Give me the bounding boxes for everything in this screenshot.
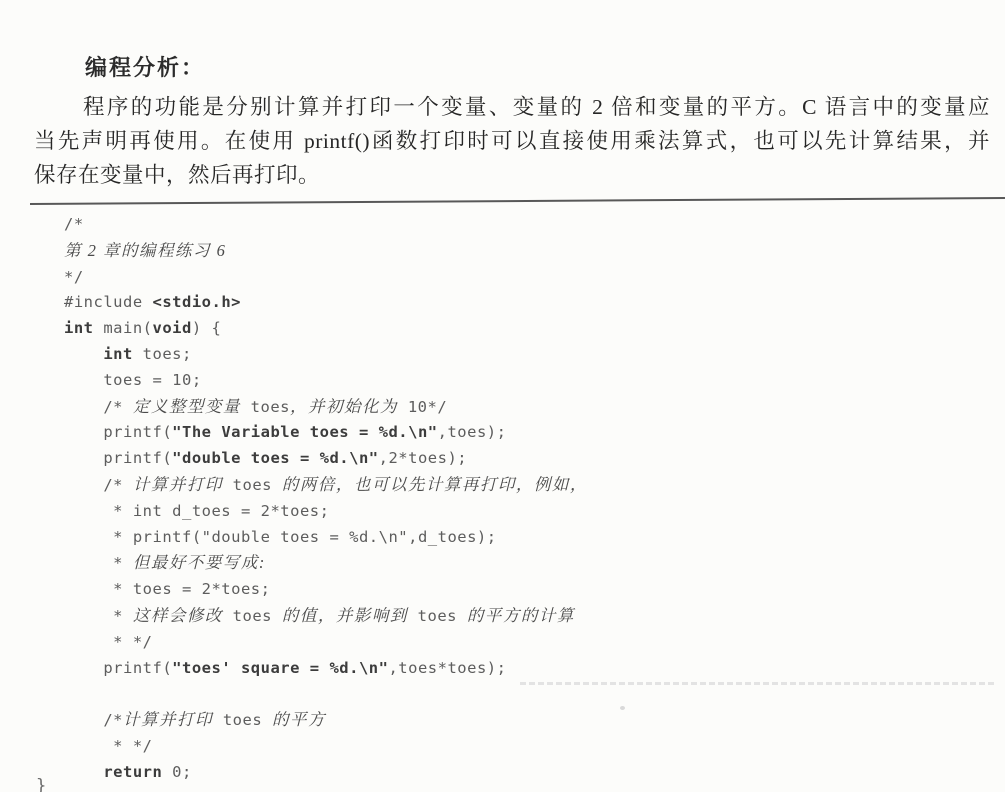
paragraph-line: 程序的功能是分别计算并打印一个变量、变量的 2 倍和变量的平方。C 语言中的变量… xyxy=(34,90,990,124)
code-line: return 0; xyxy=(64,760,588,786)
code-line: /* 定义整型变量 toes，并初始化为 10*/ xyxy=(64,394,588,421)
code-line: /*计算并打印 toes 的平方 xyxy=(64,707,588,734)
closing-brace: } xyxy=(36,776,46,792)
code-line: * printf("double toes = %d.\n",d_toes); xyxy=(64,525,588,551)
code-block: /*第 2 章的编程练习 6*/#include <stdio.h>int ma… xyxy=(64,212,588,786)
code-line: printf("The Variable toes = %d.\n",toes)… xyxy=(64,420,588,446)
code-line: * */ xyxy=(64,630,588,656)
code-line: * 但最好不要写成: xyxy=(64,550,588,577)
section-heading: 编程分析： xyxy=(85,51,205,82)
code-line: #include <stdio.h> xyxy=(64,290,588,316)
code-line: * int d_toes = 2*toes; xyxy=(64,499,588,525)
book-page: 编程分析： 程序的功能是分别计算并打印一个变量、变量的 2 倍和变量的平方。C … xyxy=(0,0,1005,792)
code-line: * */ xyxy=(64,734,588,760)
analysis-paragraph: 程序的功能是分别计算并打印一个变量、变量的 2 倍和变量的平方。C 语言中的变量… xyxy=(34,90,990,192)
paragraph-line: 保存在变量中，然后再打印。 xyxy=(34,158,990,192)
scan-artifact-dot xyxy=(620,706,625,710)
code-line xyxy=(64,681,588,707)
code-line: * 这样会修改 toes 的值，并影响到 toes 的平方的计算 xyxy=(64,603,588,630)
code-line: */ xyxy=(64,265,588,291)
scan-artifact-dashed-line xyxy=(520,682,994,685)
code-line: toes = 10; xyxy=(64,368,588,394)
paragraph-line: 当先声明再使用。在使用 printf()函数打印时可以直接使用乘法算式，也可以先… xyxy=(34,124,990,158)
code-line: printf("toes' square = %d.\n",toes*toes)… xyxy=(64,656,588,682)
code-line: 第 2 章的编程练习 6 xyxy=(64,238,588,265)
code-line: * toes = 2*toes; xyxy=(64,577,588,603)
code-line: int toes; xyxy=(64,342,588,368)
code-line: printf("double toes = %d.\n",2*toes); xyxy=(64,446,588,472)
code-line: /* xyxy=(64,212,588,238)
code-line: int main(void) { xyxy=(64,316,588,342)
code-line: /* 计算并打印 toes 的两倍，也可以先计算再打印，例如， xyxy=(64,472,588,499)
code-section-top-rule xyxy=(30,197,1005,205)
